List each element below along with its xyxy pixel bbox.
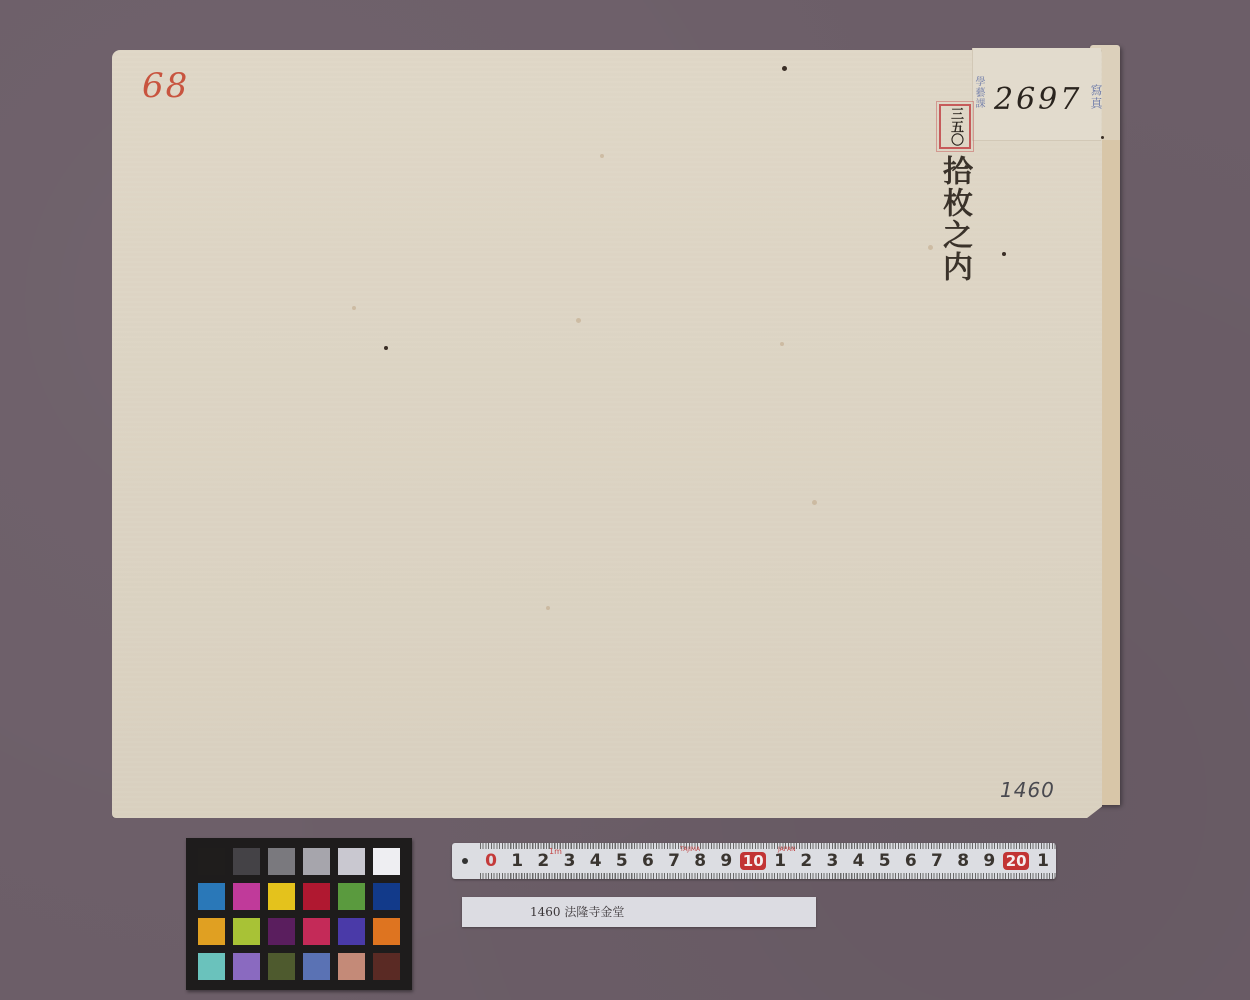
color-patch	[233, 918, 260, 945]
color-patch	[198, 848, 225, 875]
ruler-digit: 1	[767, 851, 793, 871]
ruler-digit: 4	[583, 851, 609, 871]
ruler-digit: 3	[556, 851, 582, 871]
ruler-digit: 6	[898, 851, 924, 871]
ruler-digit: 0	[478, 851, 504, 871]
ruler-digit: 5	[609, 851, 635, 871]
vertical-title: 拾枚之内	[934, 155, 974, 283]
ruler-ticks-bottom	[480, 873, 1056, 879]
ink-spot	[384, 346, 388, 350]
ruler-digit: 7	[924, 851, 950, 871]
foxing-spot	[928, 245, 933, 250]
color-patch	[233, 953, 260, 980]
ruler-digit: 10	[740, 852, 766, 870]
color-patch	[198, 918, 225, 945]
ruler-hole	[462, 858, 468, 864]
catalog-number: 2697	[994, 82, 1082, 117]
ruler-digit: 9	[713, 851, 739, 871]
bottom-number-annotation: 1460	[1000, 778, 1055, 802]
caption-text: 1460 法隆寺金堂	[530, 903, 624, 920]
photo-stamp: 寫真	[1090, 84, 1101, 110]
ruler-digit: 7	[661, 851, 687, 871]
foxing-spot	[600, 154, 604, 158]
color-patch	[303, 848, 330, 875]
color-patch	[338, 918, 365, 945]
color-patch	[303, 918, 330, 945]
color-patch	[268, 953, 295, 980]
ruler-digit: 20	[1003, 852, 1029, 870]
ruler-digits: 012345678910123456789201	[478, 849, 1056, 873]
ruler-digit: 1	[1030, 851, 1056, 871]
color-patch	[338, 883, 365, 910]
caption-strip: 1460 法隆寺金堂	[462, 897, 816, 927]
ink-spot	[782, 66, 787, 71]
color-patch	[303, 883, 330, 910]
ruler-digit: 8	[950, 851, 976, 871]
foxing-spot	[780, 342, 784, 346]
ruler-digit: 5	[872, 851, 898, 871]
ruler-digit: 3	[819, 851, 845, 871]
color-patch	[198, 953, 225, 980]
measuring-ruler: 1m TAJIMA JAPAN 012345678910123456789201	[452, 843, 1056, 879]
color-checker	[186, 838, 412, 990]
ruler-digit: 2	[793, 851, 819, 871]
color-patch	[303, 953, 330, 980]
ruler-digit: 9	[976, 851, 1002, 871]
color-patch	[198, 883, 225, 910]
ink-spot	[1002, 252, 1006, 256]
page-number-annotation: 68	[142, 66, 189, 106]
department-stamp: 學藝課	[973, 76, 984, 109]
foxing-spot	[576, 318, 581, 323]
ruler-digit: 1	[504, 851, 530, 871]
color-patch	[233, 848, 260, 875]
ruler-digit: 2	[530, 851, 556, 871]
ruler-digit: 4	[845, 851, 871, 871]
color-patch	[338, 953, 365, 980]
red-seal: 三五〇	[939, 104, 971, 149]
color-patch	[373, 918, 400, 945]
color-patch	[233, 883, 260, 910]
color-patch	[373, 848, 400, 875]
color-patch	[268, 883, 295, 910]
color-patch	[268, 848, 295, 875]
foxing-spot	[812, 500, 817, 505]
seal-text: 三五〇	[948, 107, 962, 146]
color-patch	[268, 918, 295, 945]
ink-spot	[1101, 136, 1104, 139]
foxing-spot	[546, 606, 550, 610]
ruler-digit: 8	[687, 851, 713, 871]
color-patch	[373, 883, 400, 910]
foxing-spot	[352, 306, 356, 310]
color-patch	[373, 953, 400, 980]
color-patch	[338, 848, 365, 875]
ruler-digit: 6	[635, 851, 661, 871]
